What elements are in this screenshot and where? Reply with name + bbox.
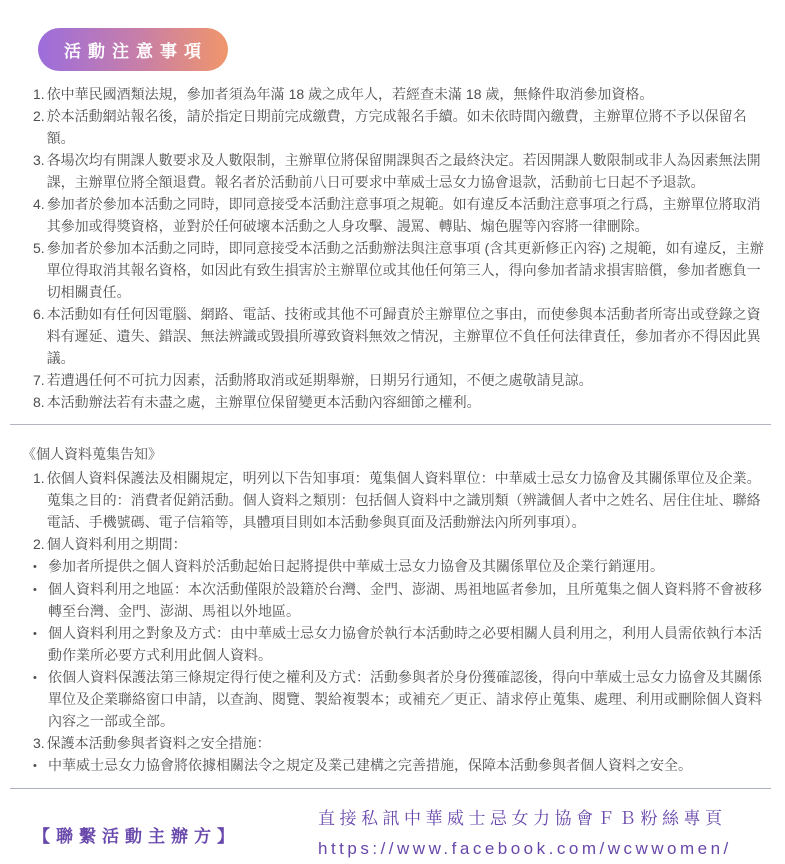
notice-number: 3. [33, 149, 47, 171]
privacy-item: • 參加者所提供之個人資料於活動起始日起將提供中華威士忌女力協會及其關係單位及企… [33, 555, 773, 578]
notice-text: 參加者於參加本活動之同時，即同意接受本活動注意事項之規範。如有違反本活動注意事項… [47, 193, 773, 237]
privacy-number: 2. [33, 533, 47, 555]
notice-item: 7. 若遭遇任何不可抗力因素，活動將取消或延期舉辦，日期另行通知，不便之處敬請見… [33, 369, 773, 391]
notice-item: 1. 依中華民國酒類法規，參加者須為年滿 18 歲之成年人，若經查未滿 18 歲… [33, 83, 773, 105]
notice-number: 7. [33, 369, 47, 391]
notice-item: 3. 各場次均有開課人數要求及人數限制，主辦單位將保留開課與否之最終決定。若因開… [33, 149, 773, 193]
privacy-section: 《個人資料蒐集告知》 1. 依個人資料保護法及相關規定，明列以下告知事項：蒐集個… [33, 443, 773, 777]
notice-number: 6. [33, 303, 47, 325]
notice-number: 8. [33, 391, 47, 413]
notice-number: 5. [33, 237, 47, 259]
privacy-text: 參加者所提供之個人資料於活動起始日起將提供中華威士忌女力協會及其關係單位及企業行… [48, 555, 773, 577]
notice-text: 本活動如有任何因電腦、網路、電話、技術或其他不可歸責於主辦單位之事由，而使參與本… [47, 303, 773, 369]
notice-item: 8. 本活動辦法若有未盡之處，主辦單位保留變更本活動內容細節之權利。 [33, 391, 773, 413]
notice-item: 2. 於本活動網站報名後，請於指定日期前完成繳費，方完成報名手續。如未依時間內繳… [33, 105, 773, 149]
fb-page-text: 直接私訊中華威士忌女力協會ＦＢ粉絲專頁 [318, 804, 732, 834]
notice-number: 4. [33, 193, 47, 215]
notice-item: 6. 本活動如有任何因電腦、網路、電話、技術或其他不可歸責於主辦單位之事由，而使… [33, 303, 773, 369]
privacy-item: 1. 依個人資料保護法及相關規定，明列以下告知事項：蒐集個人資料單位：中華威士忌… [33, 467, 773, 533]
notice-text: 各場次均有開課人數要求及人數限制，主辦單位將保留開課與否之最終決定。若因開課人數… [47, 149, 773, 193]
privacy-text: 個人資料利用之對象及方式：由中華威士忌女力協會於執行本活動時之必要相關人員利用之… [48, 622, 773, 666]
privacy-text: 中華威士忌女力協會將依據相關法令之規定及業己建構之完善措施，保障本活動參與者個人… [48, 754, 773, 776]
privacy-item: 3. 保護本活動參與者資料之安全措施： [33, 732, 773, 754]
notice-text: 若遭遇任何不可抗力因素，活動將取消或延期舉辦，日期另行通知，不便之處敬請見諒。 [47, 369, 773, 391]
fb-contact-block: 直接私訊中華威士忌女力協會ＦＢ粉絲專頁 https://www.facebook… [318, 804, 732, 864]
notice-item: 4. 參加者於參加本活動之同時，即同意接受本活動注意事項之規範。如有違反本活動注… [33, 193, 773, 237]
privacy-text: 個人資料利用之期間： [47, 533, 773, 555]
privacy-text: 依個人資料保護法第三條規定得行使之權利及方式：活動參與者於身份獲確認後，得向中華… [48, 666, 773, 732]
notice-list: 1. 依中華民國酒類法規，參加者須為年滿 18 歲之成年人，若經查未滿 18 歲… [33, 83, 773, 413]
notice-text: 於本活動網站報名後，請於指定日期前完成繳費，方完成報名手續。如未依時間內繳費，主… [47, 105, 773, 149]
notice-text: 參加者於參加本活動之同時，即同意接受本活動之活動辦法與注意事項 (含其更新修正內… [47, 237, 773, 303]
notice-text: 本活動辦法若有未盡之處，主辦單位保留變更本活動內容細節之權利。 [47, 391, 773, 413]
fb-page-url[interactable]: https://www.facebook.com/wcwwomen/ [318, 834, 732, 864]
bullet-icon: • [33, 622, 48, 645]
bullet-icon: • [33, 578, 48, 601]
privacy-text: 依個人資料保護法及相關規定，明列以下告知事項：蒐集個人資料單位：中華威士忌女力協… [47, 467, 773, 533]
privacy-section-title: 《個人資料蒐集告知》 [22, 443, 773, 465]
bullet-icon: • [33, 754, 48, 777]
privacy-item: 2. 個人資料利用之期間： [33, 533, 773, 555]
contact-organizer-label: 【聯繫活動主辦方】 [33, 822, 318, 847]
privacy-item: • 依個人資料保護法第三條規定得行使之權利及方式：活動參與者於身份獲確認後，得向… [33, 666, 773, 732]
privacy-item: • 中華威士忌女力協會將依據相關法令之規定及業己建構之完善措施，保障本活動參與者… [33, 754, 773, 777]
notice-number: 1. [33, 83, 47, 105]
section-divider [10, 424, 771, 425]
notice-badge: 活動注意事項 [38, 28, 228, 71]
privacy-text: 個人資料利用之地區：本次活動僅限於設籍於台灣、金門、澎湖、馬祖地區者參加，且所蒐… [48, 578, 773, 622]
footer: 【聯繫活動主辦方】 直接私訊中華威士忌女力協會ＦＢ粉絲專頁 https://ww… [33, 804, 773, 864]
privacy-number: 3. [33, 732, 47, 754]
notice-text: 依中華民國酒類法規，參加者須為年滿 18 歲之成年人，若經查未滿 18 歲，無條… [47, 83, 773, 105]
footer-divider [10, 788, 771, 789]
notice-number: 2. [33, 105, 47, 127]
privacy-item: • 個人資料利用之地區：本次活動僅限於設籍於台灣、金門、澎湖、馬祖地區者參加，且… [33, 578, 773, 622]
notice-page: 活動注意事項 1. 依中華民國酒類法規，參加者須為年滿 18 歲之成年人，若經查… [0, 0, 785, 864]
bullet-icon: • [33, 555, 48, 578]
privacy-number: 1. [33, 467, 47, 489]
bullet-icon: • [33, 666, 48, 689]
privacy-item: • 個人資料利用之對象及方式：由中華威士忌女力協會於執行本活動時之必要相關人員利… [33, 622, 773, 666]
notice-item: 5. 參加者於參加本活動之同時，即同意接受本活動之活動辦法與注意事項 (含其更新… [33, 237, 773, 303]
privacy-text: 保護本活動參與者資料之安全措施： [47, 732, 773, 754]
